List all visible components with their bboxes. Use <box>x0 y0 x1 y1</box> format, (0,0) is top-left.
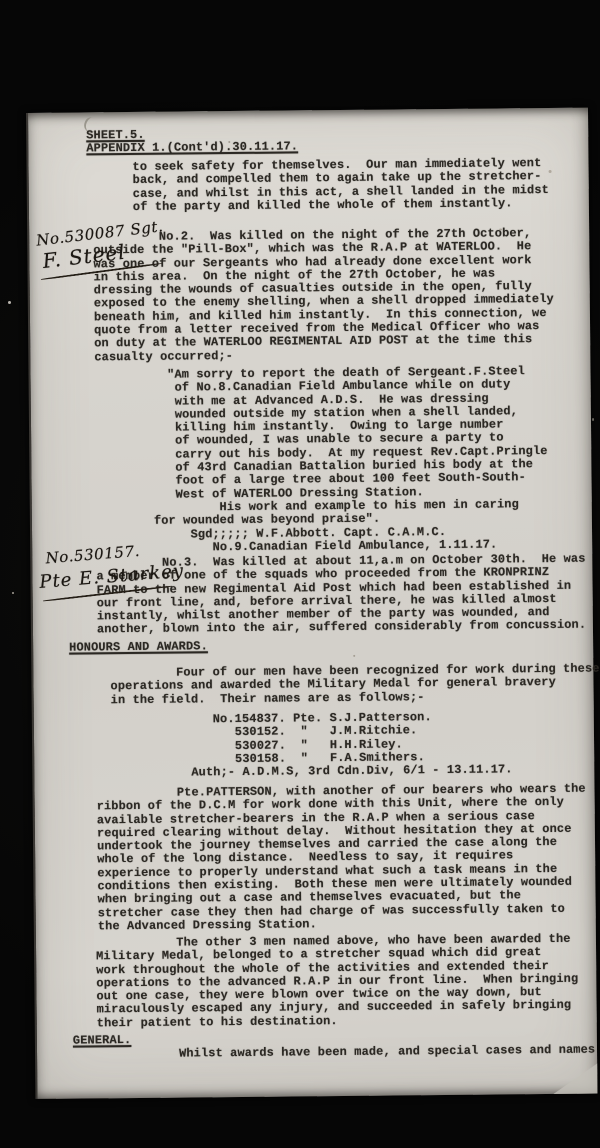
dust-speck <box>8 301 11 304</box>
paper-speck <box>228 141 230 143</box>
paragraph-general-intro: Whilst awards have been made, and specia… <box>179 1044 595 1061</box>
quoted-letter-medical-officer: "Am sorry to report the death of Sergean… <box>152 365 548 555</box>
heading-general: GENERAL. <box>73 1034 132 1048</box>
paragraph-continuation: to seek safety for themselves. Our man i… <box>132 157 549 214</box>
dust-speck <box>592 418 594 421</box>
paper-speck <box>353 655 355 657</box>
paragraph-other-three-men: The other 3 men named above, who have be… <box>96 933 579 1031</box>
paper-speck <box>499 228 502 230</box>
paragraph-honours-intro: Four of our men have been recognized for… <box>110 663 600 708</box>
appendix-title: APPENDIX 1.(Cont'd).30.11.17. <box>86 140 298 155</box>
document-page: SHEET.5. APPENDIX 1.(Cont'd).30.11.17. t… <box>26 108 597 1099</box>
dust-speck <box>12 592 14 594</box>
heading-honours-and-awards: HONOURS AND AWARDS. <box>69 640 208 655</box>
margin-note-steel: No.530087 Sgt. F. Steel <box>35 217 167 273</box>
paragraph-pte-patterson: Pte.PATTERSON, with another of our beare… <box>96 783 587 934</box>
military-medal-recipients-list: No.154837. Pte. S.J.Patterson. 530152. "… <box>191 710 513 780</box>
paper-speck <box>549 170 552 173</box>
